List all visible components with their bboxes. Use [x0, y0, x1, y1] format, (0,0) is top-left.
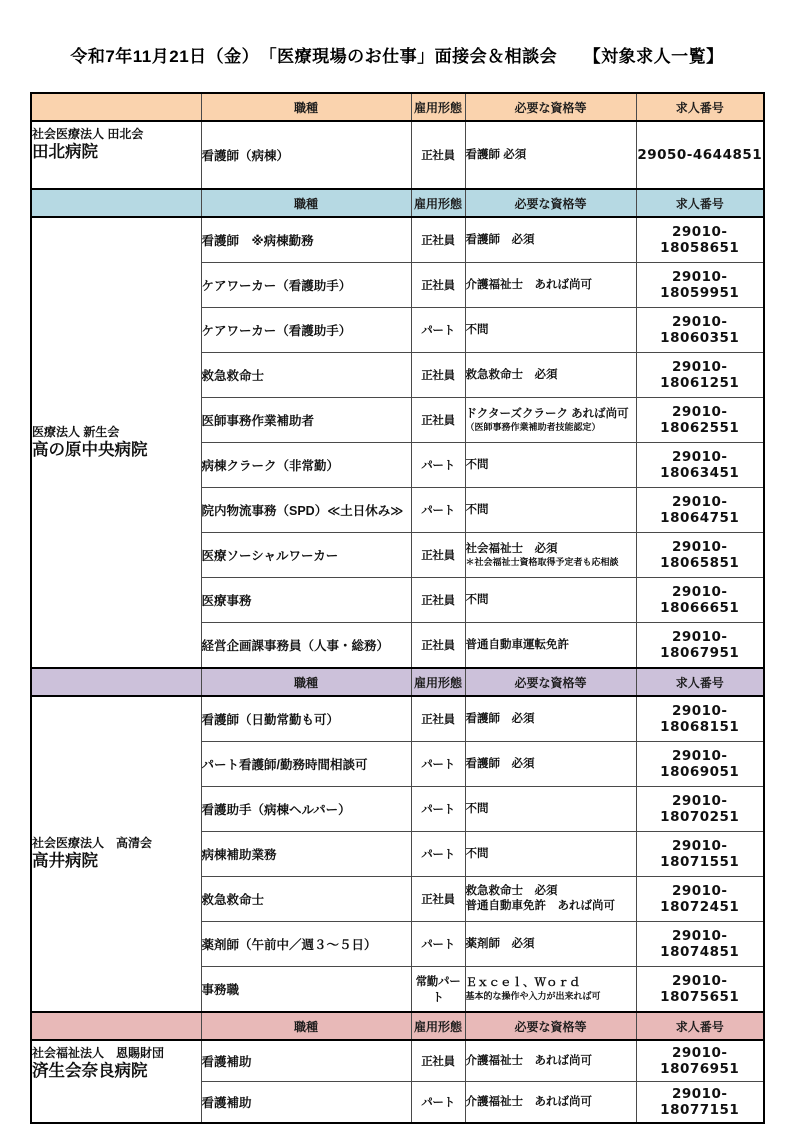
employment-type-cell: 正社員: [411, 353, 465, 398]
qualification-cell: 介護福祉士 あれば尚可: [465, 1082, 636, 1124]
employment-type-cell: 正社員: [411, 121, 465, 189]
employment-type-cell: パート: [411, 308, 465, 353]
qualification-main: 不問: [466, 503, 636, 518]
document-page: 令和7年11月21日（金） 「医療現場のお仕事」面接会＆相談会 【対象求人一覧】…: [0, 0, 794, 67]
qualification-main: 介護福祉士 あれば尚可: [466, 1095, 636, 1110]
employment-type-cell: パート: [411, 488, 465, 533]
job-number-cell: 29010-18058651: [636, 217, 764, 263]
job-number-cell: 29010-18068151: [636, 696, 764, 742]
employment-type-cell: パート: [411, 742, 465, 787]
job-title-cell: ケアワーカー（看護助手）: [201, 308, 411, 353]
organization-name: 社会医療法人 田北会: [32, 126, 201, 142]
job-title-cell: 看護助手（病棟ヘルパー）: [201, 787, 411, 832]
organization-name: 社会医療法人 高清会: [32, 835, 201, 851]
qualification-cell: 薬剤師 必須: [465, 922, 636, 967]
job-number-cell: 29010-18060351: [636, 308, 764, 353]
job-number-cell: 29010-18071551: [636, 832, 764, 877]
job-listings-table: 職種雇用形態必要な資格等求人番号社会医療法人 田北会田北病院看護師（病棟）正社員…: [30, 92, 765, 1124]
job-number-cell: 29010-18064751: [636, 488, 764, 533]
qualification-cell: 普通自動車運転免許: [465, 623, 636, 669]
page-title: 令和7年11月21日（金） 「医療現場のお仕事」面接会＆相談会 【対象求人一覧】: [0, 0, 794, 67]
hospital-name: 済生会奈良病院: [32, 1061, 201, 1082]
employment-type-cell: パート: [411, 832, 465, 877]
column-header-job-number: 求人番号: [636, 668, 764, 696]
qualification-main: 救急救命士 必須: [466, 884, 636, 899]
column-header-employment-type: 雇用形態: [411, 189, 465, 217]
job-row: 社会福祉法人 恩賜財団済生会奈良病院看護補助正社員介護福祉士 あれば尚可2901…: [31, 1040, 764, 1082]
section-header-row: 職種雇用形態必要な資格等求人番号: [31, 668, 764, 696]
job-number-cell: 29010-18066651: [636, 578, 764, 623]
job-row: 社会医療法人 田北会田北病院看護師（病棟）正社員看護師 必須29050-4644…: [31, 121, 764, 189]
qualification-note: （医師事務作業補助者技能認定）: [466, 422, 636, 433]
column-header-job-type: 職種: [201, 668, 411, 696]
column-header-spacer: [31, 1012, 201, 1040]
job-title-cell: 看護師 ※病棟勤務: [201, 217, 411, 263]
employment-type-cell: 正社員: [411, 696, 465, 742]
qualification-main: 介護福祉士 あれば尚可: [466, 1054, 636, 1069]
employment-type-cell: パート: [411, 787, 465, 832]
qualification-cell: 看護師 必須: [465, 696, 636, 742]
employment-type-cell: パート: [411, 1082, 465, 1124]
job-number-cell: 29010-18077151: [636, 1082, 764, 1124]
qualification-main: 看護師 必須: [466, 148, 636, 163]
qualification-note: 基本的な操作や入力が出来れば可: [466, 991, 636, 1002]
qualification-cell: 不問: [465, 443, 636, 488]
column-header-employment-type: 雇用形態: [411, 668, 465, 696]
qualification-cell: 社会福祉士 必須＊社会福祉士資格取得予定者も応相談: [465, 533, 636, 578]
job-title-cell: 医師事務作業補助者: [201, 398, 411, 443]
qualification-cell: 救急救命士 必須: [465, 353, 636, 398]
column-header-job-number: 求人番号: [636, 189, 764, 217]
section-header-row: 職種雇用形態必要な資格等求人番号: [31, 93, 764, 121]
qualification-cell: 不問: [465, 578, 636, 623]
qualification-cell: Ｅｘｃｅｌ、Ｗｏｒｄ基本的な操作や入力が出来れば可: [465, 967, 636, 1013]
column-header-job-type: 職種: [201, 189, 411, 217]
job-table-body: 職種雇用形態必要な資格等求人番号社会医療法人 田北会田北病院看護師（病棟）正社員…: [31, 93, 764, 1123]
job-number-cell: 29050-4644851: [636, 121, 764, 189]
employment-type-cell: パート: [411, 443, 465, 488]
qualification-main: 看護師 必須: [466, 233, 636, 248]
employment-type-cell: 正社員: [411, 578, 465, 623]
qualification-cell: 看護師 必須: [465, 742, 636, 787]
column-header-qualifications: 必要な資格等: [465, 1012, 636, 1040]
hospital-name: 高の原中央病院: [32, 440, 201, 461]
column-header-job-number: 求人番号: [636, 93, 764, 121]
job-title-cell: 救急救命士: [201, 353, 411, 398]
qualification-main: 普通自動車運転免許: [466, 638, 636, 653]
employment-type-cell: 正社員: [411, 623, 465, 669]
qualification-main: 看護師 必須: [466, 757, 636, 772]
qualification-cell: 介護福祉士 あれば尚可: [465, 263, 636, 308]
column-header-employment-type: 雇用形態: [411, 1012, 465, 1040]
organization-name: 医療法人 新生会: [32, 424, 201, 440]
qualification-secondary: 普通自動車免許 あれば尚可: [466, 899, 636, 914]
job-title-cell: 病棟補助業務: [201, 832, 411, 877]
employment-type-cell: 正社員: [411, 877, 465, 922]
qualification-cell: 看護師 必須: [465, 121, 636, 189]
job-title-cell: 経営企画課事務員（人事・総務）: [201, 623, 411, 669]
column-header-spacer: [31, 93, 201, 121]
job-number-cell: 29010-18072451: [636, 877, 764, 922]
job-title-cell: 事務職: [201, 967, 411, 1013]
qualification-cell: 不問: [465, 488, 636, 533]
job-title-cell: 病棟クラーク（非常勤）: [201, 443, 411, 488]
qualification-cell: 不問: [465, 787, 636, 832]
job-row: 社会医療法人 高清会高井病院看護師（日勤常勤も可）正社員看護師 必須29010-…: [31, 696, 764, 742]
job-number-cell: 29010-18075651: [636, 967, 764, 1013]
qualification-main: 不問: [466, 593, 636, 608]
employment-type-cell: 正社員: [411, 263, 465, 308]
job-title-cell: 看護補助: [201, 1082, 411, 1124]
job-title-cell: ケアワーカー（看護助手）: [201, 263, 411, 308]
hospital-cell: 社会医療法人 高清会高井病院: [31, 696, 201, 1012]
qualification-main: 救急救命士 必須: [466, 368, 636, 383]
job-number-cell: 29010-18074851: [636, 922, 764, 967]
job-title-cell: 薬剤師（午前中／週３～５日）: [201, 922, 411, 967]
job-title-cell: パート看護師/勤務時間相談可: [201, 742, 411, 787]
employment-type-cell: 正社員: [411, 398, 465, 443]
qualification-main: 不問: [466, 323, 636, 338]
qualification-main: Ｅｘｃｅｌ、Ｗｏｒｄ: [466, 976, 636, 991]
hospital-name: 田北病院: [32, 142, 201, 163]
job-title-cell: 看護師（病棟）: [201, 121, 411, 189]
hospital-cell: 社会医療法人 田北会田北病院: [31, 121, 201, 189]
hospital-name: 高井病院: [32, 851, 201, 872]
job-number-cell: 29010-18070251: [636, 787, 764, 832]
employment-type-cell: パート: [411, 922, 465, 967]
employment-type-cell: 正社員: [411, 533, 465, 578]
job-number-cell: 29010-18063451: [636, 443, 764, 488]
job-title-cell: 救急救命士: [201, 877, 411, 922]
column-header-job-number: 求人番号: [636, 1012, 764, 1040]
employment-type-cell: 正社員: [411, 217, 465, 263]
qualification-main: 看護師 必須: [466, 712, 636, 727]
job-title-cell: 医療事務: [201, 578, 411, 623]
section-header-row: 職種雇用形態必要な資格等求人番号: [31, 189, 764, 217]
column-header-job-type: 職種: [201, 93, 411, 121]
job-number-cell: 29010-18067951: [636, 623, 764, 669]
qualification-main: 社会福祉士 必須: [466, 542, 636, 557]
column-header-qualifications: 必要な資格等: [465, 93, 636, 121]
job-number-cell: 29010-18061251: [636, 353, 764, 398]
job-title-cell: 看護補助: [201, 1040, 411, 1082]
qualification-main: 不問: [466, 847, 636, 862]
column-header-job-type: 職種: [201, 1012, 411, 1040]
job-title-cell: 看護師（日勤常勤も可）: [201, 696, 411, 742]
column-header-spacer: [31, 668, 201, 696]
column-header-qualifications: 必要な資格等: [465, 189, 636, 217]
job-number-cell: 29010-18069051: [636, 742, 764, 787]
qualification-main: 薬剤師 必須: [466, 937, 636, 952]
job-number-cell: 29010-18059951: [636, 263, 764, 308]
qualification-main: 不問: [466, 458, 636, 473]
qualification-cell: 看護師 必須: [465, 217, 636, 263]
column-header-qualifications: 必要な資格等: [465, 668, 636, 696]
job-number-cell: 29010-18065851: [636, 533, 764, 578]
job-number-cell: 29010-18062551: [636, 398, 764, 443]
organization-name: 社会福祉法人 恩賜財団: [32, 1045, 201, 1061]
qualification-cell: ドクターズクラーク あれば尚可（医師事務作業補助者技能認定）: [465, 398, 636, 443]
qualification-main: ドクターズクラーク あれば尚可: [466, 407, 636, 422]
employment-type-cell: 常勤パート: [411, 967, 465, 1013]
qualification-cell: 不問: [465, 832, 636, 877]
hospital-cell: 社会福祉法人 恩賜財団済生会奈良病院: [31, 1040, 201, 1123]
job-row: 医療法人 新生会高の原中央病院看護師 ※病棟勤務正社員看護師 必須29010-1…: [31, 217, 764, 263]
qualification-note: ＊社会福祉士資格取得予定者も応相談: [466, 557, 636, 568]
qualification-main: 介護福祉士 あれば尚可: [466, 278, 636, 293]
job-number-cell: 29010-18076951: [636, 1040, 764, 1082]
qualification-cell: 不問: [465, 308, 636, 353]
qualification-cell: 介護福祉士 あれば尚可: [465, 1040, 636, 1082]
qualification-main: 不問: [466, 802, 636, 817]
column-header-employment-type: 雇用形態: [411, 93, 465, 121]
qualification-cell: 救急救命士 必須普通自動車免許 あれば尚可: [465, 877, 636, 922]
section-header-row: 職種雇用形態必要な資格等求人番号: [31, 1012, 764, 1040]
job-title-cell: 院内物流事務（SPD）≪土日休み≫: [201, 488, 411, 533]
column-header-spacer: [31, 189, 201, 217]
hospital-cell: 医療法人 新生会高の原中央病院: [31, 217, 201, 668]
job-title-cell: 医療ソーシャルワーカー: [201, 533, 411, 578]
employment-type-cell: 正社員: [411, 1040, 465, 1082]
